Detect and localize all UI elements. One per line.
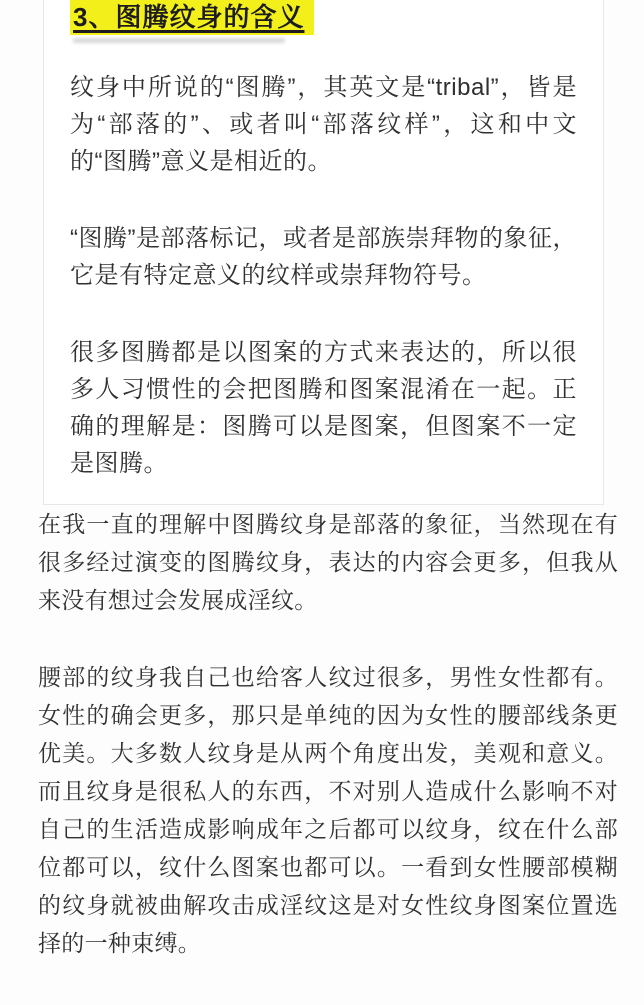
section-heading: 3、图腾纹身的含义 — [70, 0, 314, 35]
card-paragraph: 很多图腾都是以图案的方式来表达的，所以很多人习惯性的会把图腾和图案混淆在一起。正… — [70, 334, 577, 482]
commentary-paragraph: 在我一直的理解中图腾纹身是部落的象征，当然现在有很多经过演变的图腾纹身，表达的内… — [38, 505, 618, 619]
commentary-paragraph: 腰部的纹身我自己也给客人纹过很多，男性女性都有。女性的确会更多，那只是单纯的因为… — [38, 658, 618, 962]
commentary-section: 在我一直的理解中图腾纹身是部落的象征，当然现在有很多经过演变的图腾纹身，表达的内… — [38, 505, 618, 1001]
card-paragraph: “图腾”是部落标记，或者是部族崇拜物的象征，它是有特定意义的纹样或崇拜物符号。 — [70, 220, 577, 294]
card-paragraph: 纹身中所说的“图腾”，其英文是“tribal”，皆是为“部落的”、或者叫“部落纹… — [70, 69, 577, 180]
heading-underline-shadow — [73, 38, 285, 43]
article-page: 3、图腾纹身的含义 纹身中所说的“图腾”，其英文是“tribal”，皆是为“部落… — [0, 0, 644, 1005]
quoted-source-card: 3、图腾纹身的含义 纹身中所说的“图腾”，其英文是“tribal”，皆是为“部落… — [43, 0, 604, 505]
